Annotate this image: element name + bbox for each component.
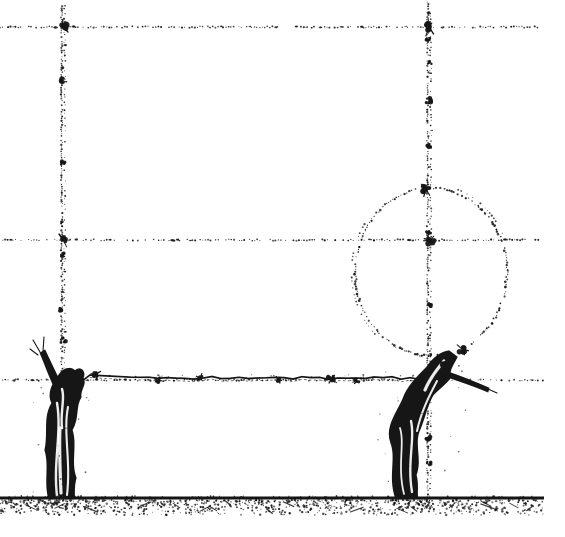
ground (0, 495, 544, 516)
tie-knots (59, 18, 451, 384)
grapevine-trellis-sketch (0, 0, 565, 537)
vine-training-figure (0, 0, 565, 537)
right-post (425, 2, 434, 500)
trellis-wires (0, 25, 544, 382)
middle-wire (2, 238, 539, 241)
right-vine-trunk (377, 351, 497, 499)
top-wire (0, 25, 538, 28)
cane-loop (351, 187, 509, 357)
trellis-posts (58, 2, 433, 500)
left-vine-trunk (30, 337, 89, 499)
